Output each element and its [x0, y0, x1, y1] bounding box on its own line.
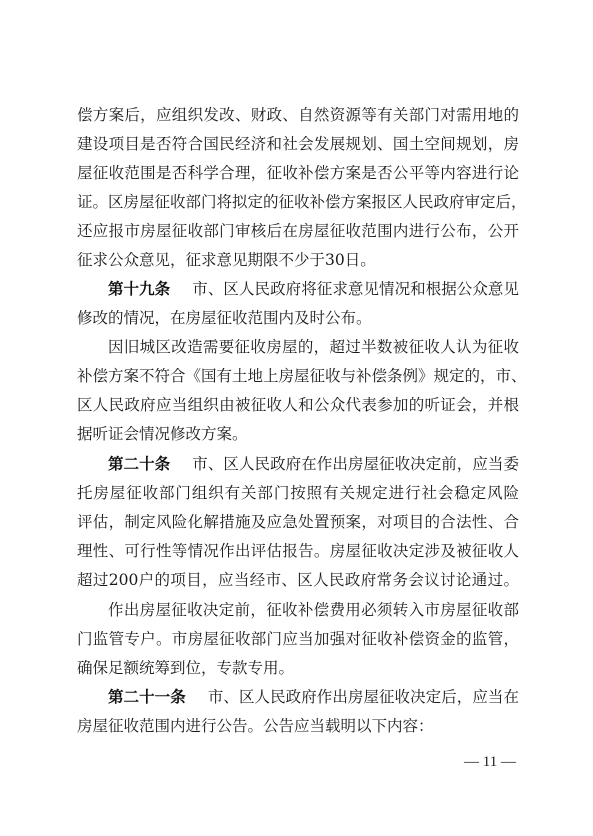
article-20-first-line: 第二十条市、区人民政府在作出房屋征收决定前，应当委: [108, 453, 519, 475]
article-19-text: 市、区人民政府将征求意见情况和根据公众意见: [192, 280, 519, 298]
text-line: 偿方案后，应组织发改、财政、自然资源等有关部门对需用地的: [77, 104, 519, 126]
paragraph-first-line: 作出房屋征收决定前，征收补偿费用必须转入市房屋征收部: [108, 599, 519, 621]
text-line: 征求公众意见，征求意见期限不少于30日。: [77, 249, 519, 271]
article-20-text: 市、区人民政府在作出房屋征收决定前，应当委: [192, 455, 519, 473]
article-21-first-line: 第二十一条市、区人民政府作出房屋征收决定后，应当在: [108, 686, 519, 708]
text-line: 修改的情况，在房屋征收范围内及时公布。: [77, 307, 519, 329]
text-line: 建设项目是否符合国民经济和社会发展规划、国土空间规划，房: [77, 133, 519, 155]
text-line: 托房屋征收部门组织有关部门按照有关规定进行社会稳定风险: [77, 482, 519, 504]
text-line: 据听证会情况修改方案。: [77, 423, 519, 445]
paragraph-first-line: 因旧城区改造需要征收房屋的，超过半数被征收人认为征收: [108, 336, 519, 358]
text-line: 确保足额统筹到位，专款专用。: [77, 657, 519, 679]
document-page: 偿方案后，应组织发改、财政、自然资源等有关部门对需用地的 建设项目是否符合国民经…: [0, 0, 593, 836]
text-line: 补偿方案不符合《国有土地上房屋征收与补偿条例》规定的，市、: [77, 365, 519, 387]
article-19-heading: 第十九条: [108, 280, 170, 298]
text-line: 理性、可行性等情况作出评估报告。房屋征收决定涉及被征收人: [77, 540, 519, 562]
text-line: 证。区房屋征收部门将拟定的征收补偿方案报区人民政府审定后，: [77, 191, 519, 213]
text-line: 屋征收范围是否科学合理，征收补偿方案是否公平等内容进行论: [77, 162, 519, 184]
text-line: 还应报市房屋征收部门审核后在房屋征收范围内进行公布，公开: [77, 220, 519, 242]
text-line: 房屋征收范围内进行公告。公告应当载明以下内容：: [77, 715, 519, 737]
article-21-heading: 第二十一条: [108, 688, 186, 706]
article-20-heading: 第二十条: [108, 455, 170, 473]
text-line: 超过200户的项目，应当经市、区人民政府常务会议讨论通过。: [77, 569, 519, 591]
article-19-first-line: 第十九条市、区人民政府将征求意见情况和根据公众意见: [108, 278, 519, 300]
article-21-text: 市、区人民政府作出房屋征收决定后，应当在: [208, 688, 519, 706]
text-line: 门监管专户。市房屋征收部门应当加强对征收补偿资金的监管，: [77, 628, 519, 650]
text-line: 评估，制定风险化解措施及应急处置预案，对项目的合法性、合: [77, 511, 519, 533]
text-line: 区人民政府应当组织由被征收人和公众代表参加的听证会，并根: [77, 394, 519, 416]
page-number: — 11 —: [458, 754, 522, 771]
